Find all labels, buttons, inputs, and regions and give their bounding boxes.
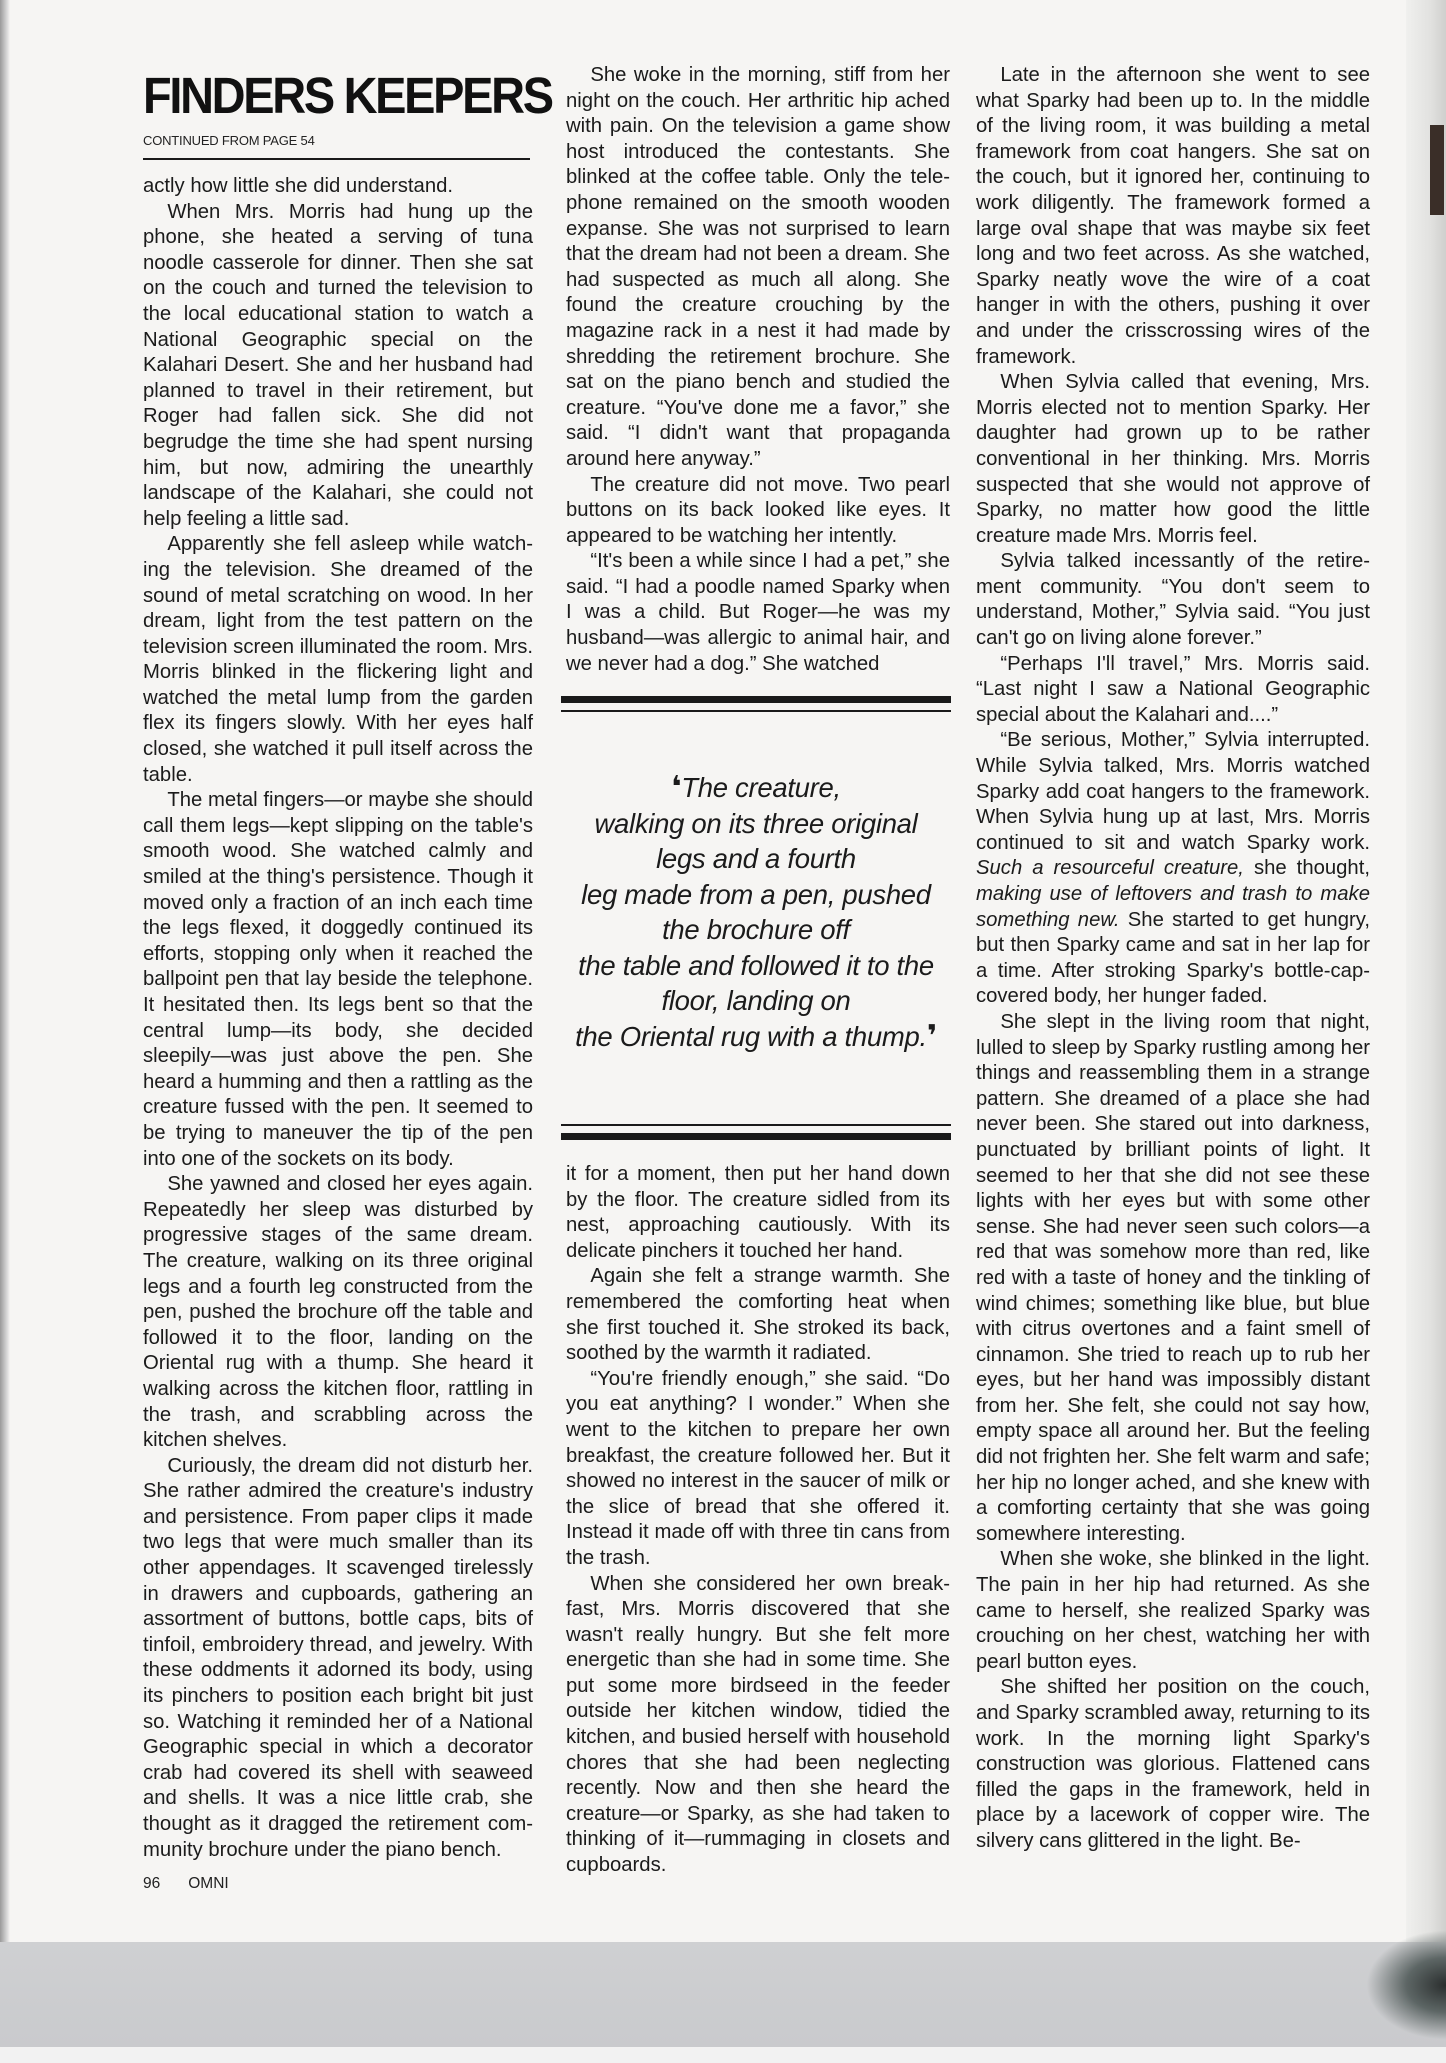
pullquote-line: ❛The creature, bbox=[561, 770, 951, 806]
pullquote-text: the table and followed it to the bbox=[578, 950, 934, 981]
pullquote-line: legs and a fourth bbox=[561, 841, 951, 877]
text-run: When she considered her own break­fast, … bbox=[566, 1573, 950, 1877]
italic-text: Such a resourceful crea­ture, bbox=[976, 857, 1244, 879]
body-paragraph: When she woke, she blinked in the light.… bbox=[976, 1547, 1370, 1675]
body-paragraph: Curiously, the dream did not disturb her… bbox=[143, 1454, 533, 1864]
pullquote-bottom-thin-rule bbox=[561, 1124, 951, 1126]
text-run: The creature did not move. Two pearl but… bbox=[566, 474, 950, 547]
text-run: it for a moment, then put her hand down … bbox=[566, 1163, 950, 1262]
page-folio: 96OMNI bbox=[143, 1875, 257, 1893]
text-run: Sylvia talked incessantly of the retire­… bbox=[976, 550, 1370, 649]
body-paragraph: actly how little she did understand. bbox=[143, 174, 533, 200]
pull-quote: ❛The creature,walking on its three origi… bbox=[561, 770, 951, 1054]
pullquote-text: the Oriental rug with a thump. bbox=[575, 1021, 927, 1052]
pullquote-text: walking on its three original bbox=[594, 808, 917, 839]
text-run: She yawned and closed her eyes again. Re… bbox=[143, 1173, 533, 1451]
pullquote-text: leg made from a pen, pushed bbox=[581, 879, 931, 910]
text-column-2-bottom: it for a moment, then put her hand down … bbox=[566, 1162, 950, 1879]
text-run: actly how little she did understand. bbox=[143, 175, 453, 197]
pullquote-text: floor, landing on bbox=[661, 985, 850, 1016]
text-run: She woke in the morning, stiff from her … bbox=[566, 64, 950, 470]
body-paragraph: “Be serious, Mother,” Sylvia inter­rupte… bbox=[976, 728, 1370, 1010]
page-curl-shadow bbox=[1366, 1930, 1446, 2040]
text-run: When she woke, she blinked in the light.… bbox=[976, 1548, 1370, 1672]
body-paragraph: it for a moment, then put her hand down … bbox=[566, 1162, 950, 1264]
pullquote-top-thin-rule bbox=[561, 710, 951, 712]
binding-tab-mark bbox=[1430, 125, 1444, 215]
pullquote-line: the Oriental rug with a thump.❜ bbox=[561, 1019, 951, 1055]
close-quote-mark-icon: ❜ bbox=[927, 1020, 937, 1053]
text-column-2-top: She woke in the morning, stiff from her … bbox=[566, 63, 950, 677]
body-paragraph: When Sylvia called that evening, Mrs. Mo… bbox=[976, 370, 1370, 549]
body-paragraph: “Perhaps I'll travel,” Mrs. Morris said.… bbox=[976, 652, 1370, 729]
text-run: she thought, bbox=[1244, 857, 1370, 879]
scanner-background-band bbox=[0, 1942, 1446, 2047]
text-run: “Be serious, Mother,” Sylvia inter­rupte… bbox=[976, 729, 1370, 853]
text-run: Curiously, the dream did not disturb her… bbox=[143, 1455, 533, 1861]
text-run: When Mrs. Morris had hung up the phone, … bbox=[143, 201, 533, 530]
body-paragraph: When Mrs. Morris had hung up the phone, … bbox=[143, 200, 533, 533]
open-quote-mark-icon: ❛ bbox=[671, 771, 681, 804]
text-column-1: actly how little she did understand.When… bbox=[143, 174, 533, 1863]
pullquote-line: walking on its three original bbox=[561, 806, 951, 842]
continued-from-label: CONTINUED FROM PAGE 54 bbox=[143, 133, 315, 148]
pullquote-line: leg made from a pen, pushed bbox=[561, 877, 951, 913]
text-run: Late in the afternoon she went to see wh… bbox=[976, 64, 1370, 368]
magazine-name: OMNI bbox=[188, 1875, 228, 1892]
pullquote-text: legs and a fourth bbox=[656, 843, 856, 874]
body-paragraph: “You're friendly enough,” she said. “Do … bbox=[566, 1367, 950, 1572]
body-paragraph: Again she felt a strange warmth. She rem… bbox=[566, 1264, 950, 1366]
text-run: She slept in the living room that night,… bbox=[976, 1011, 1370, 1545]
body-paragraph: The metal fingers—or maybe she should ca… bbox=[143, 788, 533, 1172]
body-paragraph: Late in the afternoon she went to see wh… bbox=[976, 63, 1370, 370]
text-run: “You're friendly enough,” she said. “Do … bbox=[566, 1368, 950, 1569]
text-run: When Sylvia called that evening, Mrs. Mo… bbox=[976, 371, 1370, 547]
pullquote-line: the table and followed it to the bbox=[561, 948, 951, 984]
text-run: The metal fingers—or maybe she should ca… bbox=[143, 789, 533, 1169]
body-paragraph: She yawned and closed her eyes again. Re… bbox=[143, 1172, 533, 1454]
body-paragraph: “It's been a while since I had a pet,” s… bbox=[566, 549, 950, 677]
body-paragraph: She slept in the living room that night,… bbox=[976, 1010, 1370, 1547]
text-run: She shifted her position on the couch, a… bbox=[976, 1676, 1370, 1852]
text-column-3: Late in the afternoon she went to see wh… bbox=[976, 63, 1370, 1855]
text-run: Apparently she fell asleep while watch­i… bbox=[143, 533, 533, 785]
text-run: “It's been a while since I had a pet,” s… bbox=[566, 550, 950, 674]
text-run: “Perhaps I'll travel,” Mrs. Morris said.… bbox=[976, 653, 1370, 726]
pullquote-text: The creature, bbox=[681, 772, 841, 803]
page-left-edge-shadow bbox=[0, 0, 10, 1942]
scanner-bottom-strip bbox=[0, 2047, 1446, 2063]
body-paragraph: She shifted her position on the couch, a… bbox=[976, 1675, 1370, 1854]
article-title: FINDERS KEEPERS bbox=[143, 70, 552, 122]
text-run: Again she felt a strange warmth. She rem… bbox=[566, 1265, 950, 1364]
pullquote-top-thick-rule bbox=[561, 696, 951, 703]
pullquote-line: the brochure off bbox=[561, 912, 951, 948]
pullquote-line: floor, landing on bbox=[561, 983, 951, 1019]
body-paragraph: The creature did not move. Two pearl but… bbox=[566, 473, 950, 550]
pullquote-text: the brochure off bbox=[662, 914, 850, 945]
pullquote-bottom-thick-rule bbox=[561, 1133, 951, 1140]
body-paragraph: She woke in the morning, stiff from her … bbox=[566, 63, 950, 473]
body-paragraph: When she considered her own break­fast, … bbox=[566, 1572, 950, 1879]
title-rule bbox=[143, 158, 530, 160]
page-binding-edge bbox=[1406, 0, 1446, 2063]
body-paragraph: Apparently she fell asleep while watch­i… bbox=[143, 532, 533, 788]
page-number: 96 bbox=[143, 1875, 160, 1892]
body-paragraph: Sylvia talked incessantly of the retire­… bbox=[976, 549, 1370, 651]
